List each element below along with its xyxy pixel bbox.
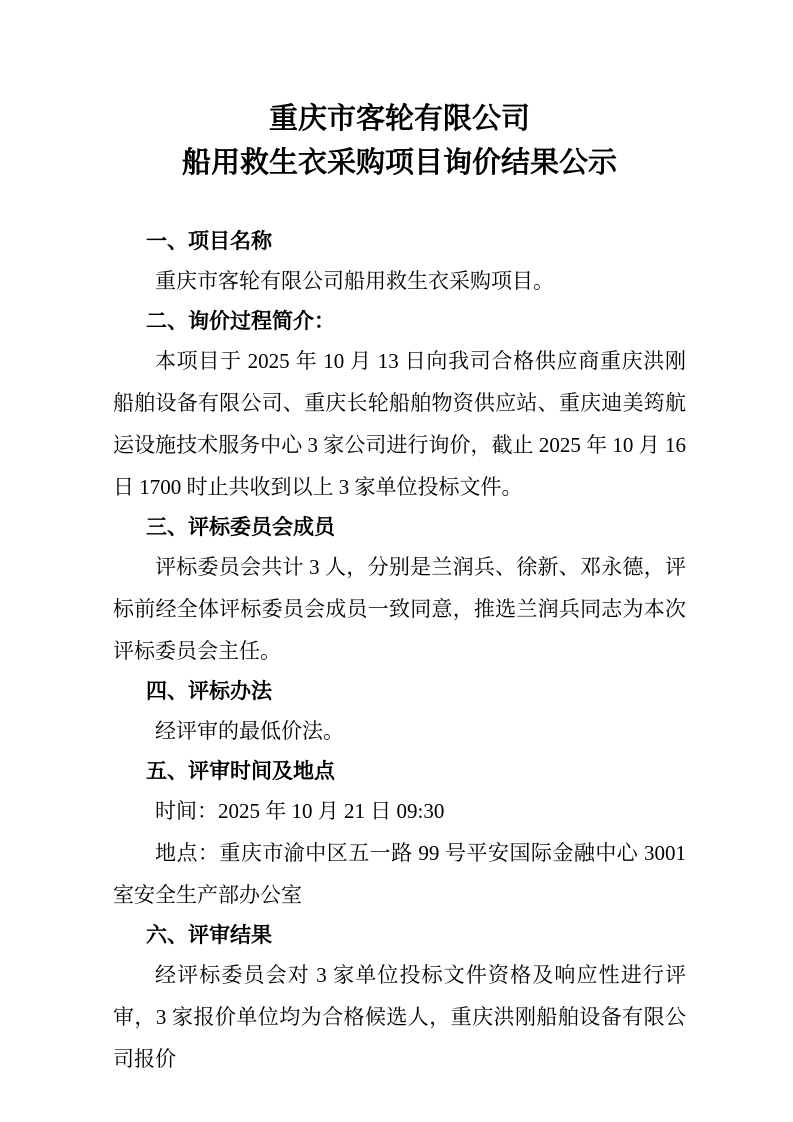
document-title: 重庆市客轮有限公司 船用救生衣采购项目询价结果公示 bbox=[113, 97, 686, 185]
title-line-1: 重庆市客轮有限公司 bbox=[113, 97, 686, 141]
section-5-time-paragraph: 时间：2025 年 10 月 21 日 09:30 bbox=[113, 790, 686, 832]
section-2-heading: 二、询价过程简介： bbox=[113, 302, 686, 340]
section-3-heading: 三、评标委员会成员 bbox=[113, 508, 686, 546]
section-2-paragraph: 本项目于 2025 年 10 月 13 日向我司合格供应商重庆洪刚船舶设备有限公… bbox=[113, 340, 686, 508]
section-5-heading: 五、评审时间及地点 bbox=[113, 752, 686, 790]
section-4-paragraph: 经评审的最低价法。 bbox=[113, 710, 686, 752]
section-5-location-paragraph: 地点：重庆市渝中区五一路 99 号平安国际金融中心 3001 室安全生产部办公室 bbox=[113, 832, 686, 916]
section-4-heading: 四、评标办法 bbox=[113, 672, 686, 710]
document-page: 重庆市客轮有限公司 船用救生衣采购项目询价结果公示 一、项目名称 重庆市客轮有限… bbox=[0, 0, 793, 1122]
section-6-heading: 六、评审结果 bbox=[113, 916, 686, 954]
section-3-paragraph: 评标委员会共计 3 人，分别是兰润兵、徐新、邓永德，评标前经全体评标委员会成员一… bbox=[113, 546, 686, 672]
title-line-2: 船用救生衣采购项目询价结果公示 bbox=[113, 141, 686, 185]
section-1-paragraph: 重庆市客轮有限公司船用救生衣采购项目。 bbox=[113, 260, 686, 302]
section-6-paragraph: 经评标委员会对 3 家单位投标文件资格及响应性进行评审，3 家报价单位均为合格候… bbox=[113, 954, 686, 1080]
section-1-heading: 一、项目名称 bbox=[113, 222, 686, 260]
